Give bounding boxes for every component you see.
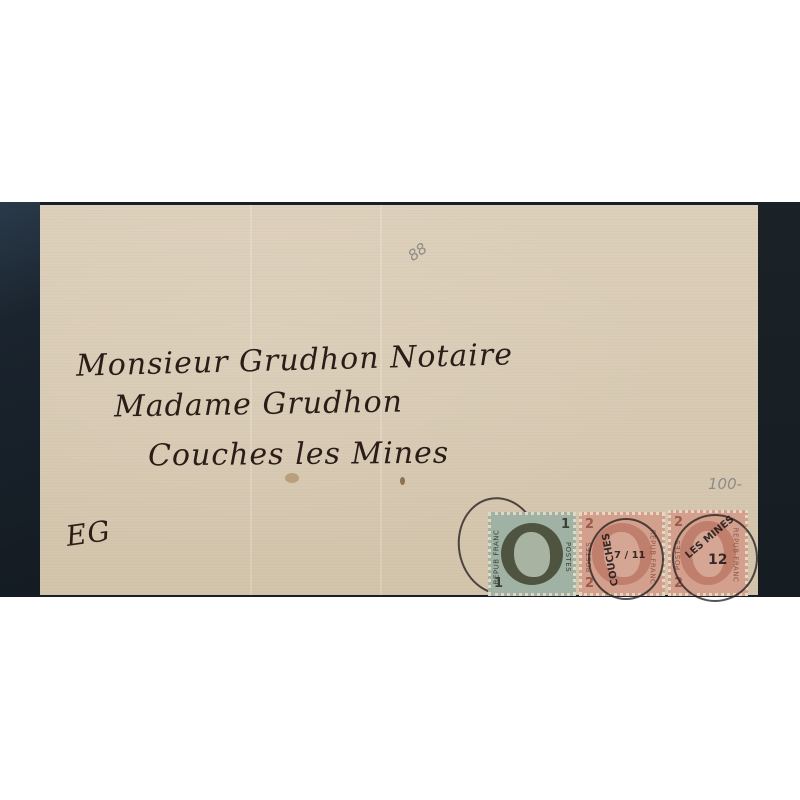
ink-spot xyxy=(400,477,405,485)
stamp-1c-green: 1 1 REPUB FRANC POSTES xyxy=(488,512,576,596)
ink-stain xyxy=(285,473,299,483)
address-line-3: Couches les Mines xyxy=(148,436,450,474)
postmark-les-mines: LES MINES 12 xyxy=(672,514,758,602)
postmark-couches: COUCHES 7 / 11 xyxy=(588,518,664,600)
address-line-2: Madame Grudhon xyxy=(114,384,404,424)
pencil-note-right: 100- xyxy=(708,475,742,493)
black-border-left xyxy=(0,202,40,597)
mourning-cover: 88 100- Monsieur Grudhon Notaire Madame … xyxy=(0,202,800,597)
docket-mark: EG xyxy=(64,514,113,553)
black-border-right xyxy=(758,202,800,597)
pencil-note-top: 88 xyxy=(405,239,431,265)
address-line-1: Monsieur Grudhon Notaire xyxy=(76,337,514,383)
